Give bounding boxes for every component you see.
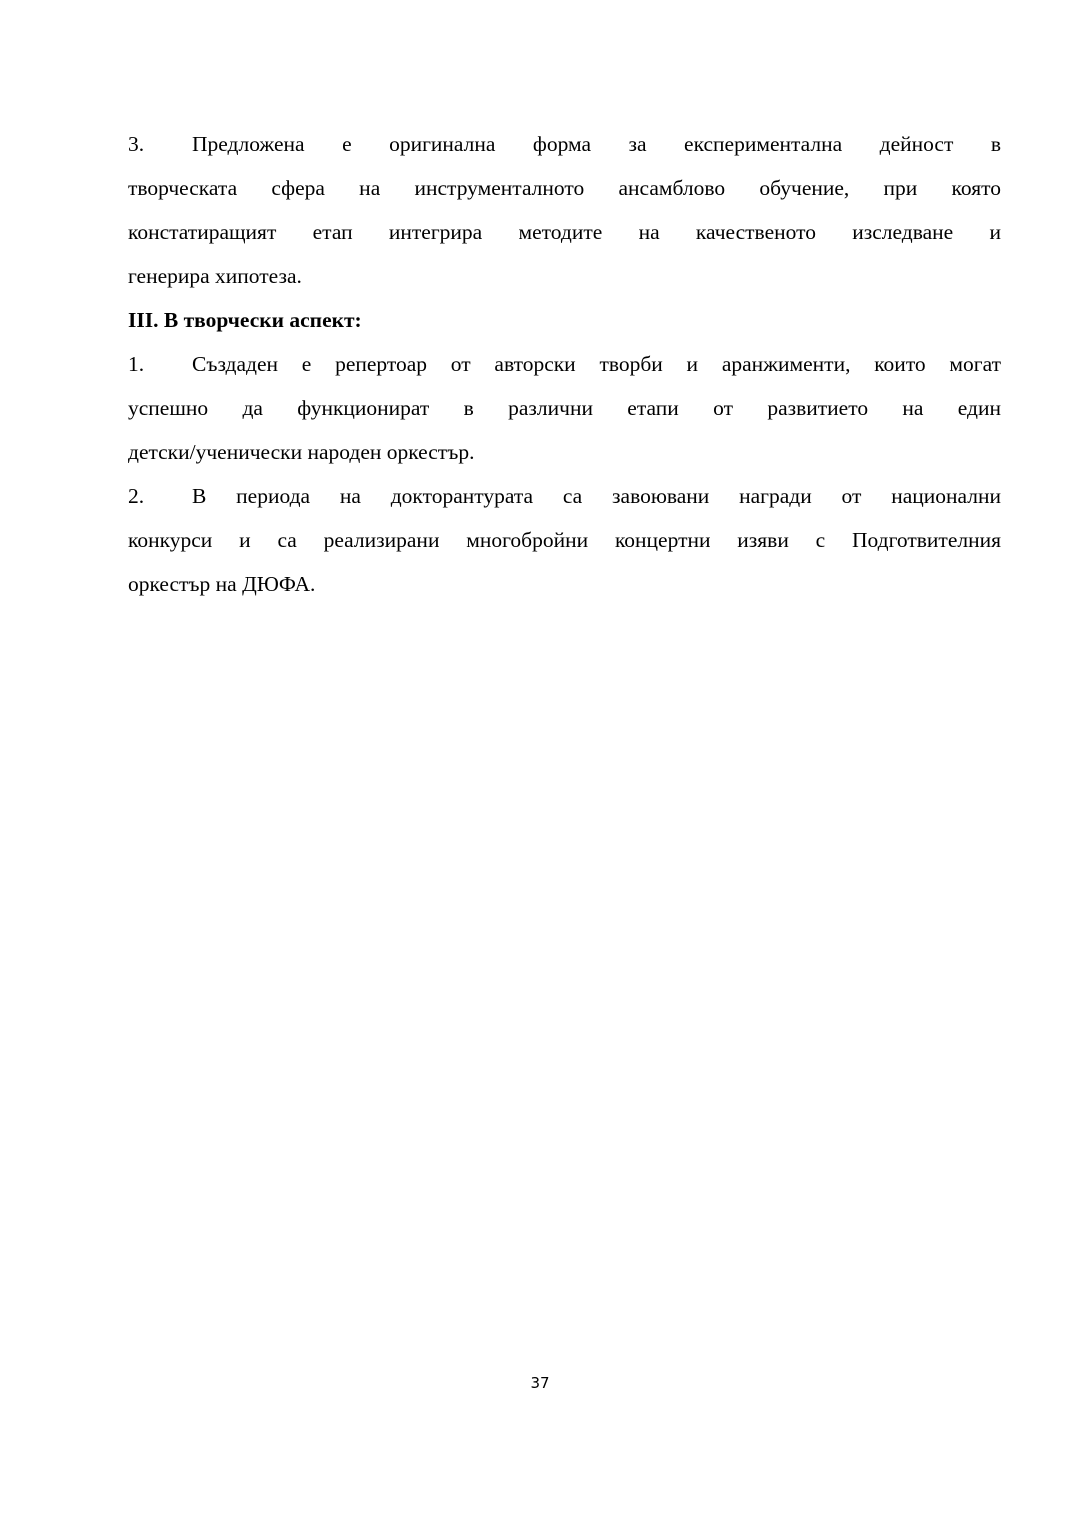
list-item-number: 1.: [128, 342, 192, 386]
list-item-first-line: 3. Предложена е оригинална форма за експ…: [128, 122, 1001, 166]
list-item-text: конкурси и са реализирани многобройни ко…: [128, 518, 1001, 562]
list-item-text: оркестър на ДЮФА.: [128, 562, 1001, 606]
list-item-text: констатиращият етап интегрира методите н…: [128, 210, 1001, 254]
page-number: 37: [0, 1374, 1080, 1392]
list-item-3: 3. Предложена е оригинална форма за експ…: [128, 122, 1001, 298]
list-item-first-line: 2. В периода на докторантурата са завоюв…: [128, 474, 1001, 518]
section-heading: III. В творчески аспект:: [128, 298, 1001, 342]
list-item-number: 2.: [128, 474, 192, 518]
list-item-number: 3.: [128, 122, 192, 166]
list-item-2: 2. В периода на докторантурата са завоюв…: [128, 474, 1001, 606]
list-item-text: творческата сфера на инструменталното ан…: [128, 166, 1001, 210]
list-item-1: 1. Създаден е репертоар от авторски твор…: [128, 342, 1001, 474]
list-item-text: В периода на докторантурата са завоювани…: [192, 474, 1001, 518]
list-item-text: Предложена е оригинална форма за експери…: [192, 122, 1001, 166]
list-item-text: успешно да функционират в различни етапи…: [128, 386, 1001, 430]
document-body: 3. Предложена е оригинална форма за експ…: [128, 122, 1001, 606]
list-item-text: генерира хипотеза.: [128, 254, 1001, 298]
list-item-text: Създаден е репертоар от авторски творби …: [192, 342, 1001, 386]
list-item-first-line: 1. Създаден е репертоар от авторски твор…: [128, 342, 1001, 386]
list-item-text: детски/ученически народен оркестър.: [128, 430, 1001, 474]
